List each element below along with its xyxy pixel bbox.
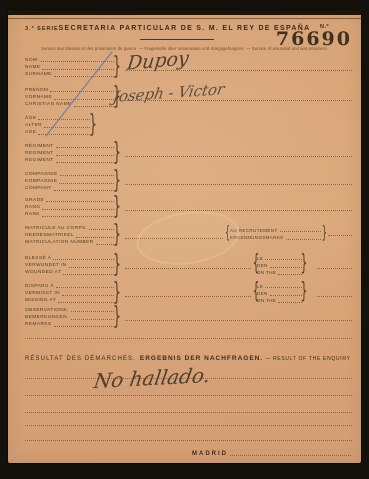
dotted-leader <box>230 454 351 456</box>
brace: } <box>113 168 121 192</box>
dotted-leader <box>286 238 321 240</box>
dotted-writing-line <box>317 267 352 269</box>
dotted-writing-line <box>317 295 352 297</box>
field-label-de: BEMERKUNGEN. <box>25 315 69 320</box>
dotted-leader <box>270 294 302 296</box>
brace: } <box>113 222 121 246</box>
field-label-de: VERWUNDET IN <box>25 263 67 268</box>
dotted-leader <box>280 230 321 232</box>
dotted-leader <box>56 286 114 288</box>
field-label-fr: COMPAGNIE <box>25 172 58 177</box>
result-label-fr: RÉSULTAT DES DÉMARCHES. <box>25 356 136 362</box>
dotted-leader <box>76 236 114 238</box>
enquiry-card: 3.ª SERIE SECRETARIA PARTICULAR DE S. M.… <box>8 10 361 463</box>
dotted-leader <box>278 273 302 275</box>
dotted-rule <box>25 424 352 426</box>
field-label-fr: MATRICULE AU CORPS. <box>25 226 87 231</box>
dotted-leader <box>63 273 114 275</box>
handwritten-result: No hallado. <box>92 363 212 393</box>
dotted-leader <box>46 200 114 202</box>
brace: } <box>113 140 121 164</box>
dotted-leader <box>71 310 114 312</box>
dotted-rule <box>25 411 352 413</box>
dotted-leader <box>89 228 114 230</box>
dotted-leader <box>50 90 114 92</box>
field-label-en: WOUNDED AT <box>25 270 61 275</box>
dotted-leader <box>56 146 114 148</box>
dotted-leader <box>69 266 114 268</box>
dotted-leader <box>38 133 90 135</box>
field-label-de: REGIMENT <box>25 151 54 156</box>
footer-row: MADRID <box>25 448 352 457</box>
brace: { <box>253 253 260 274</box>
field-label-fr: GRADE <box>25 198 44 203</box>
dotted-leader <box>71 318 114 320</box>
date-block: { LE DEN ON THE } <box>257 282 303 304</box>
dotted-leader <box>54 325 114 327</box>
dotted-rule <box>25 394 352 396</box>
field-label-en: MATRICULATION NUMBER <box>25 240 94 245</box>
field-group-age: ÂGE ALTER AGE } <box>25 114 352 136</box>
field-group-company: COMPAGNIE KOMPAGNIE COMPANY } <box>25 170 352 192</box>
header-rule <box>8 18 361 19</box>
brace: } <box>113 54 121 78</box>
field-label-en: REMARKS <box>25 322 52 327</box>
title-underline <box>140 39 214 40</box>
field-label-de: NAME <box>25 65 40 70</box>
dotted-writing-line <box>125 183 352 185</box>
field-label-fr: PRÉNOM <box>25 88 48 93</box>
handwritten-first-name: Joseph - Victor <box>112 80 226 106</box>
brace: } <box>322 226 327 241</box>
field-label-en: REGIMENT <box>25 158 54 163</box>
field-group-regiment: RÉGIMENT REGIMENT REGIMENT } <box>25 142 352 164</box>
result-label-de: ERGEBNIS DER NACHFRAGEN. <box>140 355 263 362</box>
dotted-leader <box>58 301 114 303</box>
dotted-leader <box>42 68 114 70</box>
dotted-leader <box>96 243 114 245</box>
dotted-leader <box>278 301 302 303</box>
field-label-de: VORNAME <box>25 95 52 100</box>
field-label-en: RANK <box>25 212 40 217</box>
brace: } <box>301 281 308 302</box>
dotted-writing-line <box>125 319 352 321</box>
dotted-leader <box>44 126 90 128</box>
field-label-de: HEERESMATRIKEL <box>25 233 74 238</box>
field-label-en: CHRISTIAN NAME <box>25 102 72 107</box>
recruitment-block: { AU RECRUTEMENT ERKENNUNGSMARKE } <box>230 226 322 241</box>
field-group-first-name: PRÉNOM VORNAME CHRISTIAN NAME } Joseph -… <box>25 86 352 108</box>
dotted-leader <box>60 174 114 176</box>
dotted-leader <box>56 161 114 163</box>
field-label-de: RANG <box>25 205 40 210</box>
brace: } <box>113 304 121 328</box>
field-label-de: VERMISST IN <box>25 291 60 296</box>
dotted-leader <box>54 98 114 100</box>
dotted-leader <box>53 258 114 260</box>
city-label: MADRID <box>192 451 228 457</box>
result-heading: RÉSULTAT DES DÉMARCHES.ERGEBNIS DER NACH… <box>25 347 351 365</box>
field-label-en: COMPANY <box>25 186 52 191</box>
dotted-leader <box>59 182 114 184</box>
brace: } <box>113 194 121 218</box>
field-label-en: AGE <box>25 130 36 135</box>
result-label-en: — RESULT OF THE ENQUIRY <box>265 356 350 362</box>
brace: } <box>301 253 308 274</box>
dotted-leader <box>54 189 114 191</box>
brace: } <box>113 252 121 276</box>
field-label-fr: OBSERVATIONS. <box>25 308 69 313</box>
dotted-leader <box>74 105 114 107</box>
dotted-leader <box>56 154 114 156</box>
dotted-leader <box>265 258 302 260</box>
dotted-writing-line <box>125 267 251 269</box>
dotted-writing-line <box>125 295 251 297</box>
dotted-leader <box>38 118 90 120</box>
field-label-en: SURNAME <box>25 72 52 77</box>
field-label-fr: BLESSÉ À <box>25 256 51 261</box>
field-label-fr: DISPARU À <box>25 284 54 289</box>
dotted-leader <box>54 75 114 77</box>
dotted-leader <box>41 60 114 62</box>
field-group-surname: NOM. NAME SURNAME } Dupoy <box>25 56 352 78</box>
date-label-en: ON THE <box>257 298 276 303</box>
dotted-leader <box>42 208 114 210</box>
field-group-remarks: OBSERVATIONS. BEMERKUNGEN. REMARKS } <box>25 306 352 328</box>
brace: } <box>89 112 97 136</box>
dotted-leader <box>265 286 302 288</box>
field-label-fr: RÉGIMENT <box>25 144 54 149</box>
date-label-en: ON THE <box>257 270 276 275</box>
field-label-fr: NOM. <box>25 58 39 63</box>
field-label-fr: ÂGE <box>25 116 36 121</box>
dotted-leader <box>62 294 114 296</box>
dotted-leader <box>270 266 302 268</box>
brace: { <box>253 281 260 302</box>
dotted-leader <box>42 215 114 217</box>
field-group-missing: DISPARU À VERMISST IN MISSING AT } { LE … <box>25 282 352 304</box>
field-label-de: KOMPAGNIE <box>25 179 57 184</box>
dotted-writing-line <box>125 209 352 211</box>
field-label-de: ALTER <box>25 123 42 128</box>
dotted-rule <box>25 337 352 339</box>
dotted-writing-line <box>125 155 352 157</box>
dotted-writing-line <box>328 234 352 236</box>
card-top-edge <box>8 10 361 15</box>
field-label-en: MISSING AT <box>25 298 56 303</box>
date-block: { LE DEN ON THE } <box>257 254 303 276</box>
dotted-rule <box>25 439 352 441</box>
